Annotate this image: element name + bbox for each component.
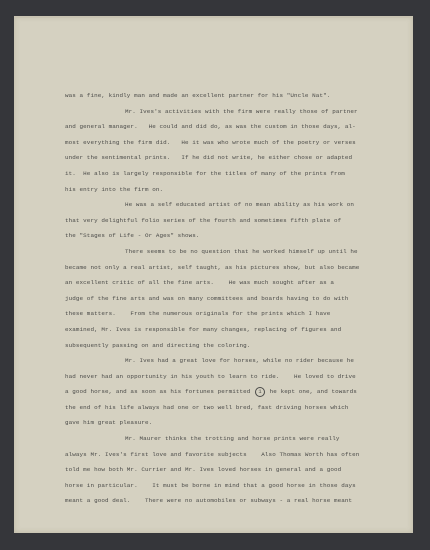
text-line: most everything the firm did. He it was … (65, 135, 365, 151)
typed-text-body: was a fine, kindly man and made an excel… (65, 88, 365, 509)
text-line: subsequently passing on and directing th… (65, 338, 365, 354)
text-line: it. He also is largely responsible for t… (65, 166, 365, 182)
text-line: under the sentimental prints. If he did … (65, 150, 365, 166)
paragraph: Mr. Maurer thinks the trotting and horse… (65, 431, 365, 509)
paragraph: was a fine, kindly man and made an excel… (65, 88, 365, 104)
paragraph: There seems to be no question that he wo… (65, 244, 365, 353)
text-line: the end of his life always had one or tw… (65, 400, 365, 416)
text-line: Mr. Ives's activities with the firm were… (65, 104, 365, 120)
paragraph: He was a self educated artist of no mean… (65, 197, 365, 244)
text-line: and general manager. He could and did do… (65, 119, 365, 135)
circled-footnote-mark: 1 (255, 387, 265, 397)
text-line: judge of the fine arts and was on many c… (65, 291, 365, 307)
text-line: examined, Mr. Ives is responsible for ma… (65, 322, 365, 338)
text-line: was a fine, kindly man and made an excel… (65, 88, 365, 104)
text-line: these matters. From the numerous origina… (65, 306, 365, 322)
paragraph: Mr. Ives's activities with the firm were… (65, 104, 365, 198)
text-segment: a good horse, and as soon as his fortune… (65, 388, 254, 395)
text-line: an excellent critic of all the fine arts… (65, 275, 365, 291)
text-line: his entry into the firm on. (65, 182, 365, 198)
text-line: told me how both Mr. Currier and Mr. Ive… (65, 462, 365, 478)
text-line: had never had an opportunity in his yout… (65, 369, 365, 385)
text-line: Mr. Ives had a great love for horses, wh… (65, 353, 365, 369)
text-line: There seems to be no question that he wo… (65, 244, 365, 260)
text-line: Mr. Maurer thinks the trotting and horse… (65, 431, 365, 447)
text-line: horse in particular. It must be borne in… (65, 478, 365, 494)
text-line: became not only a real artist, self taug… (65, 260, 365, 276)
text-line: gave him great pleasure. (65, 415, 365, 431)
text-line: that very delightful folio series of the… (65, 213, 365, 229)
text-line: always Mr. Ives's first love and favorit… (65, 447, 365, 463)
paragraph: Mr. Ives had a great love for horses, wh… (65, 353, 365, 431)
text-segment: he kept one, and towards (266, 388, 357, 395)
typed-page: was a fine, kindly man and made an excel… (14, 16, 413, 533)
text-line: He was a self educated artist of no mean… (65, 197, 365, 213)
text-line: the "Stages of Life - Or Ages" shows. (65, 228, 365, 244)
text-line: a good horse, and as soon as his fortune… (65, 384, 365, 400)
text-line: meant a good deal. There were no automob… (65, 493, 365, 509)
